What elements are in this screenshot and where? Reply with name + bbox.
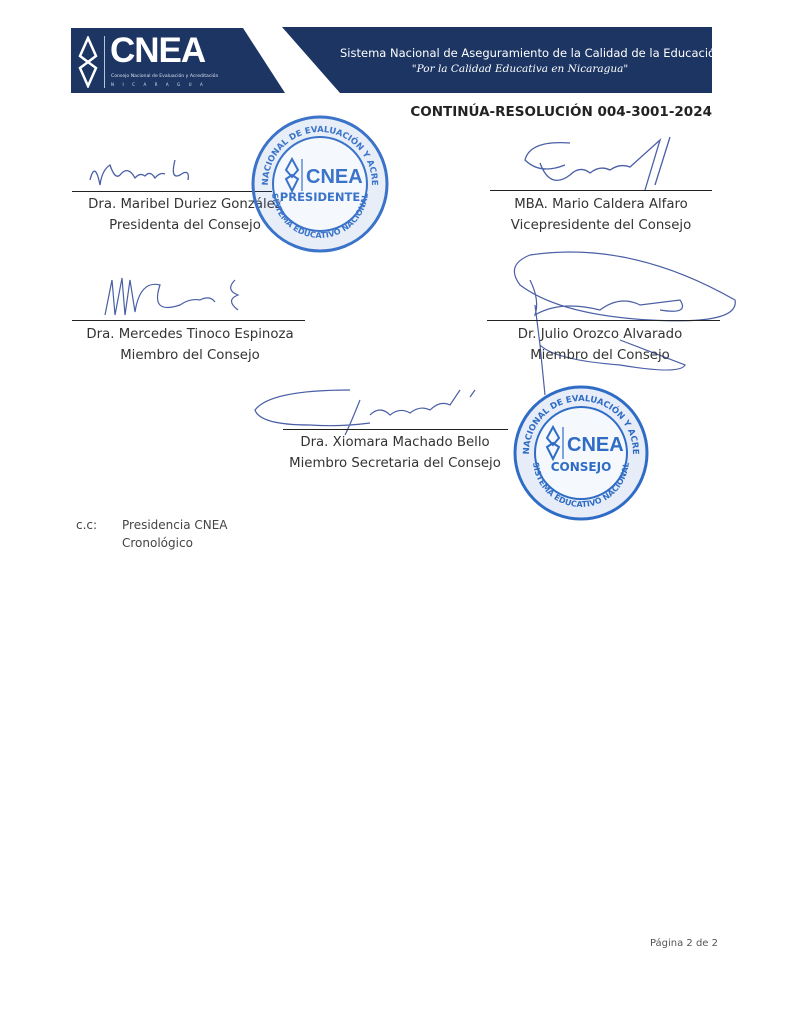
signature-line — [283, 429, 508, 430]
cc-item: Cronológico — [122, 536, 193, 550]
signatory-name: Dra. Mercedes Tinoco Espinoza — [70, 327, 310, 342]
cnea-diamond-logo-icon — [78, 36, 98, 88]
signatory-role: Miembro Secretaria del Consejo — [270, 456, 520, 471]
signatory-name: Dra. Xiomara Machado Bello — [270, 435, 520, 450]
logo-text: CNEA — [110, 31, 205, 71]
consejo-stamp-icon: CONSEJO NACIONAL DE EVALUACIÓN Y ACREDIT… — [510, 385, 652, 521]
signature-line — [487, 320, 720, 321]
logo-country: NICARAGUA — [111, 82, 211, 87]
signature-line — [72, 191, 272, 192]
cc-label: c.c: — [76, 518, 97, 532]
signature-line — [490, 190, 712, 191]
presidente-stamp-icon: CONSEJO NACIONAL DE EVALUACIÓN Y ACREDIT… — [250, 115, 390, 253]
signatory-name: Dr. Julio Orozco Alvarado — [485, 327, 715, 342]
signature-line — [72, 320, 305, 321]
signatory-name: MBA. Mario Caldera Alfaro — [485, 197, 717, 212]
svg-text:CONSEJO: CONSEJO — [551, 460, 612, 474]
signature-scribble-icon — [100, 270, 250, 320]
page-number: Página 2 de 2 — [640, 938, 718, 949]
cc-item: Presidencia CNEA — [122, 518, 228, 532]
resolution-number: CONTINÚA-RESOLUCIÓN 004-3001-2024 — [380, 104, 712, 120]
svg-text:PRESIDENTE: PRESIDENTE — [280, 190, 361, 204]
signature-scribble-icon — [80, 150, 200, 195]
header-banner-right — [282, 27, 712, 93]
header-motto: "Por la Calidad Educativa en Nicaragua" — [340, 63, 700, 75]
logo-divider — [104, 36, 105, 88]
svg-text:CNEA: CNEA — [567, 434, 624, 456]
logo-subtitle: Consejo Nacional de Evaluación y Acredit… — [111, 74, 218, 79]
header-title: Sistema Nacional de Aseguramiento de la … — [340, 46, 700, 60]
svg-text:CNEA: CNEA — [306, 166, 363, 188]
signatory-role: Vicepresidente del Consejo — [485, 218, 717, 233]
signatory-role: Miembro del Consejo — [70, 348, 310, 363]
signatory-role: Miembro del Consejo — [485, 348, 715, 363]
